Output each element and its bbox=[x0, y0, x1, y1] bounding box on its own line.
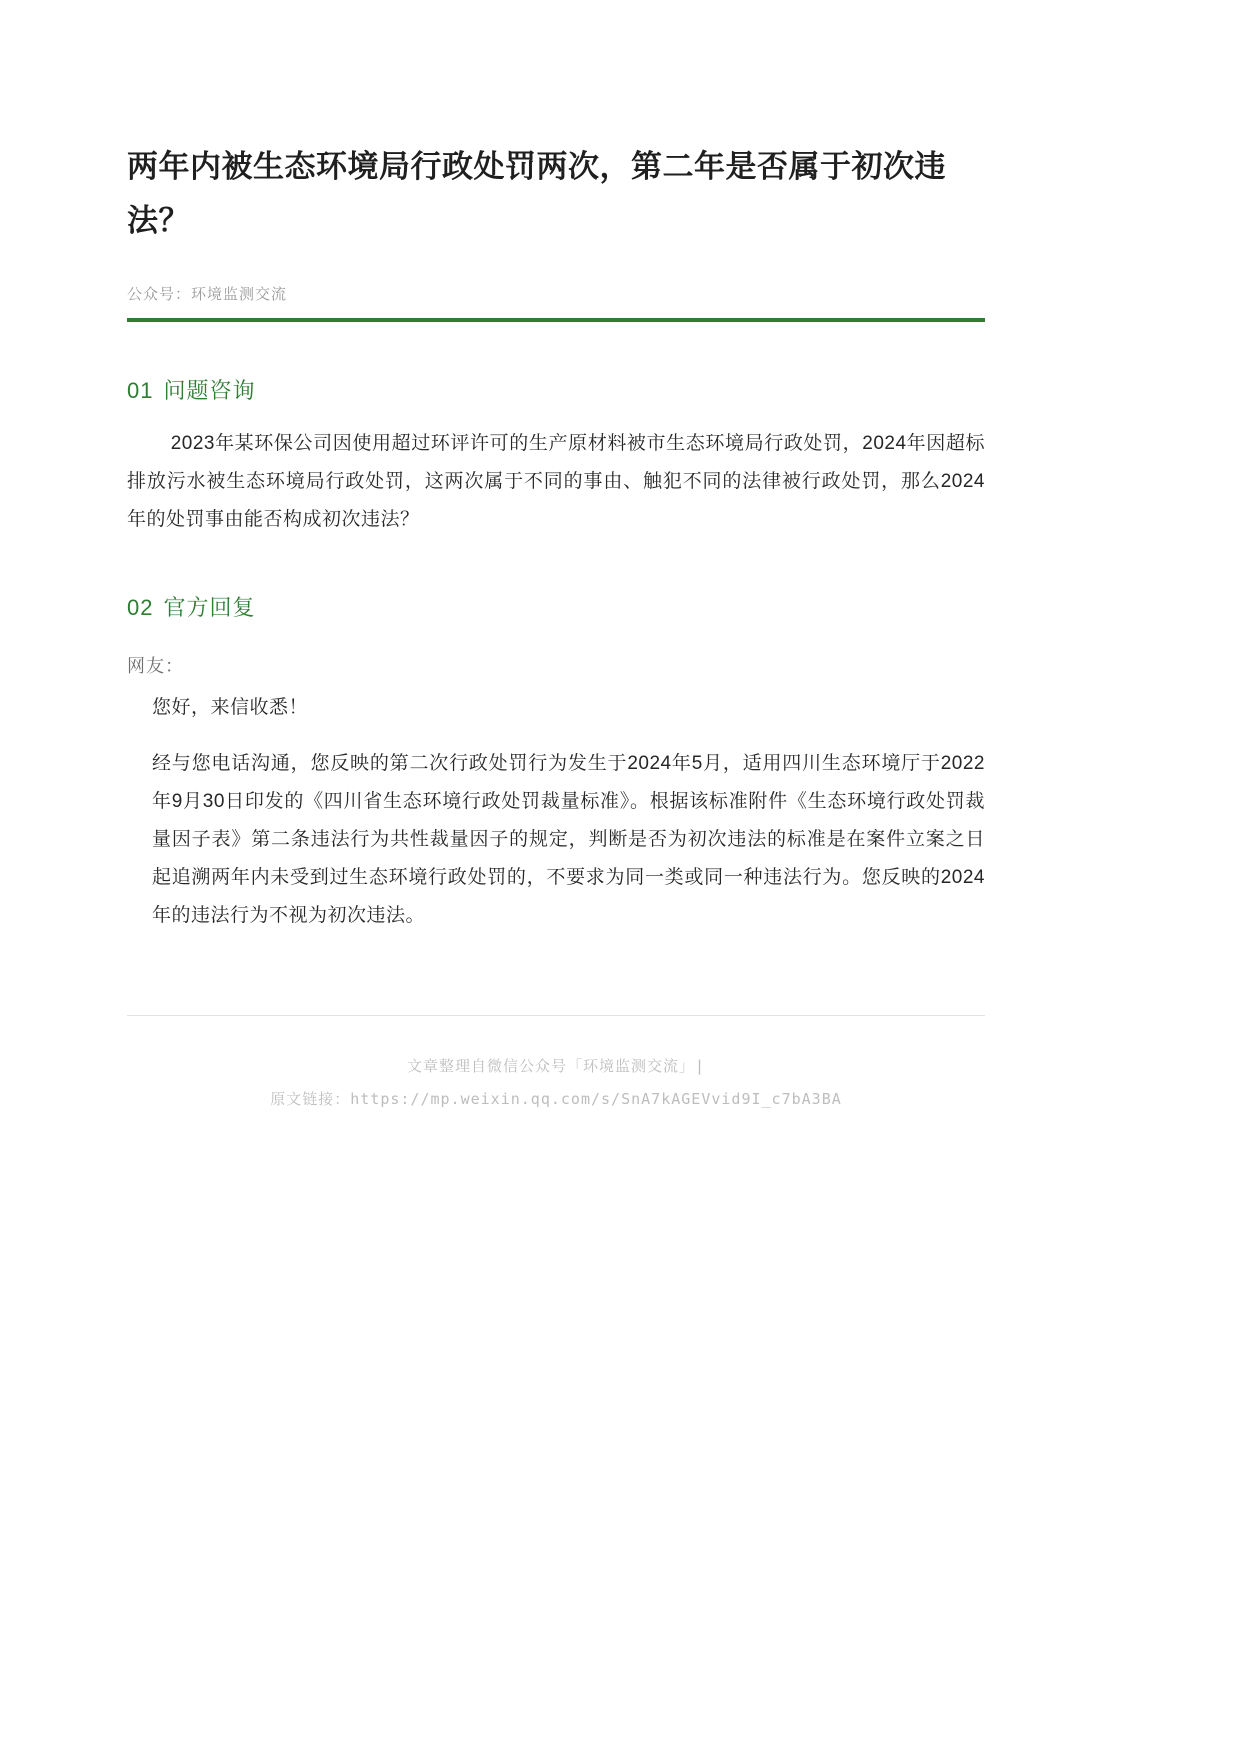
section-heading-reply: 02官方回复 bbox=[127, 591, 985, 622]
section-heading-label: 官方回复 bbox=[163, 595, 255, 620]
footer-link-label: 原文链接： bbox=[270, 1090, 350, 1108]
footer-link-line: 原文链接：https://mp.weixin.qq.com/s/SnA7kAGE… bbox=[127, 1083, 985, 1116]
source-account-label: 公众号：环境监测交流 bbox=[127, 283, 985, 304]
page-title: 两年内被生态环境局行政处罚两次，第二年是否属于初次违法？ bbox=[127, 0, 985, 249]
original-article-link[interactable]: https://mp.weixin.qq.com/s/SnA7kAGEVvid9… bbox=[350, 1090, 842, 1108]
reply-block: 您好，来信收悉！ 经与您电话沟通，您反映的第二次行政处罚行为发生于2024年5月… bbox=[127, 692, 985, 935]
reply-greeting: 您好，来信收悉！ bbox=[152, 692, 985, 719]
section-heading-question: 01问题咨询 bbox=[127, 374, 985, 405]
question-paragraph: 2023年某环保公司因使用超过环评许可的生产原材料被市生态环境局行政处罚，202… bbox=[127, 425, 985, 539]
article-page: { "article": { "title": "两年内被生态环境局行政处罚两次… bbox=[0, 0, 1241, 1754]
footer: 文章整理自微信公众号「环境监测交流」| 原文链接：https://mp.weix… bbox=[127, 1050, 985, 1116]
accent-divider bbox=[127, 318, 985, 322]
section-number: 02 bbox=[127, 595, 153, 620]
section-heading-label: 问题咨询 bbox=[163, 378, 255, 403]
section-number: 01 bbox=[127, 378, 153, 403]
article-content: 两年内被生态环境局行政处罚两次，第二年是否属于初次违法？ 公众号：环境监测交流 … bbox=[127, 0, 985, 1116]
footer-divider bbox=[127, 1015, 985, 1016]
footer-credit-line: 文章整理自微信公众号「环境监测交流」| bbox=[127, 1050, 985, 1083]
reply-body-paragraph: 经与您电话沟通，您反映的第二次行政处罚行为发生于2024年5月，适用四川生态环境… bbox=[152, 745, 985, 935]
reply-addressee-label: 网友： bbox=[127, 652, 985, 678]
